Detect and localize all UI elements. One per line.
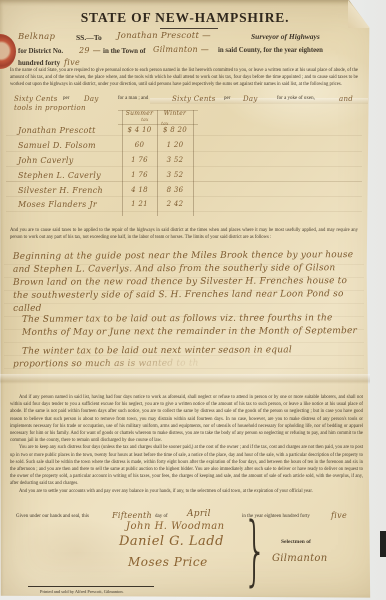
col-header-summer: Summer [122,110,157,117]
signature-2: Daniel G. Ladd [119,534,224,549]
rate-oxen-handwritten: Sixty Cents [172,95,216,103]
for-man-label: for a man ; and [118,96,148,101]
year-handwritten: five [64,58,80,67]
winter-tax-note-line1-handwritten: The winter tax to be laid out next winte… [22,344,292,358]
settle-paragraph: And you are to settle your accounts with… [10,488,363,495]
signature-1: John H. Woodman [126,521,225,532]
month-handwritten: April [187,509,211,519]
tools-handwritten: tools in proportion [14,104,86,112]
summer-tax-note-handwritten: The Summer tax to be laid out as follows… [22,312,360,340]
table-row-summer: 1 76 [122,156,157,164]
scan-artifact [380,531,386,557]
table-row-name: Stephen L. Caverly [18,171,101,180]
district-label: for District No. [18,47,63,55]
table-row-summer: 4 18 [122,186,157,194]
notice-paragraph: In the name of said State, you are requi… [10,67,358,89]
surveyor-name-handwritten: Jonathan Prescott — [117,31,211,41]
table-row-name: John Caverly [18,156,74,165]
day-handwritten-2: Day [243,95,258,103]
table-row-winter: $ 8 20 [157,126,193,134]
day-of-label: day of [155,514,168,519]
day-handwritten: Fifteenth [112,511,152,520]
and-handwritten: and [339,95,353,103]
table-row-summer: 60 [122,141,157,149]
table-row-winter: 1 20 [157,141,193,149]
table-row-winter: 8 36 [157,186,193,194]
table-row-name: Jonathan Prescott [18,126,96,135]
printer-imprint: Printed and sold by Alfred Prescott, Gil… [40,589,124,594]
county-handwritten: Belknap [18,32,55,42]
distress-paragraph: You are to keep any such distress four d… [10,444,363,487]
selectmen-town-handwritten: Gilmanton [272,553,327,564]
selectmen-brace: } [243,512,267,588]
hundred-label: hundred forty [18,59,60,67]
town-handwritten: Gilmanton — [153,45,209,54]
table-row-summer: $ 4 10 [122,126,157,134]
footer-rule [28,586,154,587]
ss-to-label: SS.—To [76,33,102,42]
table-row-winter: 2 42 [157,200,193,208]
title-rule [160,28,218,29]
col-header-winter: Winter [157,110,193,117]
rate-man-handwritten: Sixty Cents [14,95,58,103]
signature-3: Moses Price [128,555,208,569]
table-row-summer: 1 21 [122,200,157,208]
legal-paragraphs: And if any person named in said list, ha… [10,394,363,495]
district-description-handwritten: Beginning at the guide post near the Mil… [13,249,357,316]
table-row-name: Moses Flanders Jr [18,200,97,209]
table-row-winter: 3 52 [157,156,193,164]
table-row-name: Silvester H. French [18,186,103,195]
town-label: in the Town of [103,47,146,55]
given-label: Given under our hands and seal, this [16,514,89,519]
county-year-label: in said County, for the year eighteen [218,47,323,54]
table-row-winter: 3 52 [157,171,193,179]
table-row-name: Samuel D. Folsom [18,141,96,150]
selectmen-label: Selectmen of [281,539,311,545]
winter-tax-note-line2-handwritten: proportions so much as is wanted to th [13,358,199,372]
day-handwritten-1: Day [84,95,99,103]
scanned-document: STATE OF NEW-HAMPSHIRE. Belknap SS.—To J… [0,0,386,600]
paper-crease-fold [0,374,370,384]
surveyor-label: Surveyor of Highways [251,32,320,41]
table-vrule-right [193,110,194,216]
per-label-1: per [63,96,69,101]
neglect-paragraph: And if any person named in said list, ha… [10,394,363,444]
per-label-2: per [224,96,230,101]
apply-paragraph: And you are to cause said taxes to be ap… [10,227,358,241]
table-row-summer: 1 76 [122,171,157,179]
document-title: STATE OF NEW-HAMPSHIRE. [0,10,370,26]
for-oxen-label: for a yoke of oxen, [277,96,315,101]
year-five-handwritten: five [331,511,347,520]
district-number-handwritten: 29 — [79,46,101,55]
